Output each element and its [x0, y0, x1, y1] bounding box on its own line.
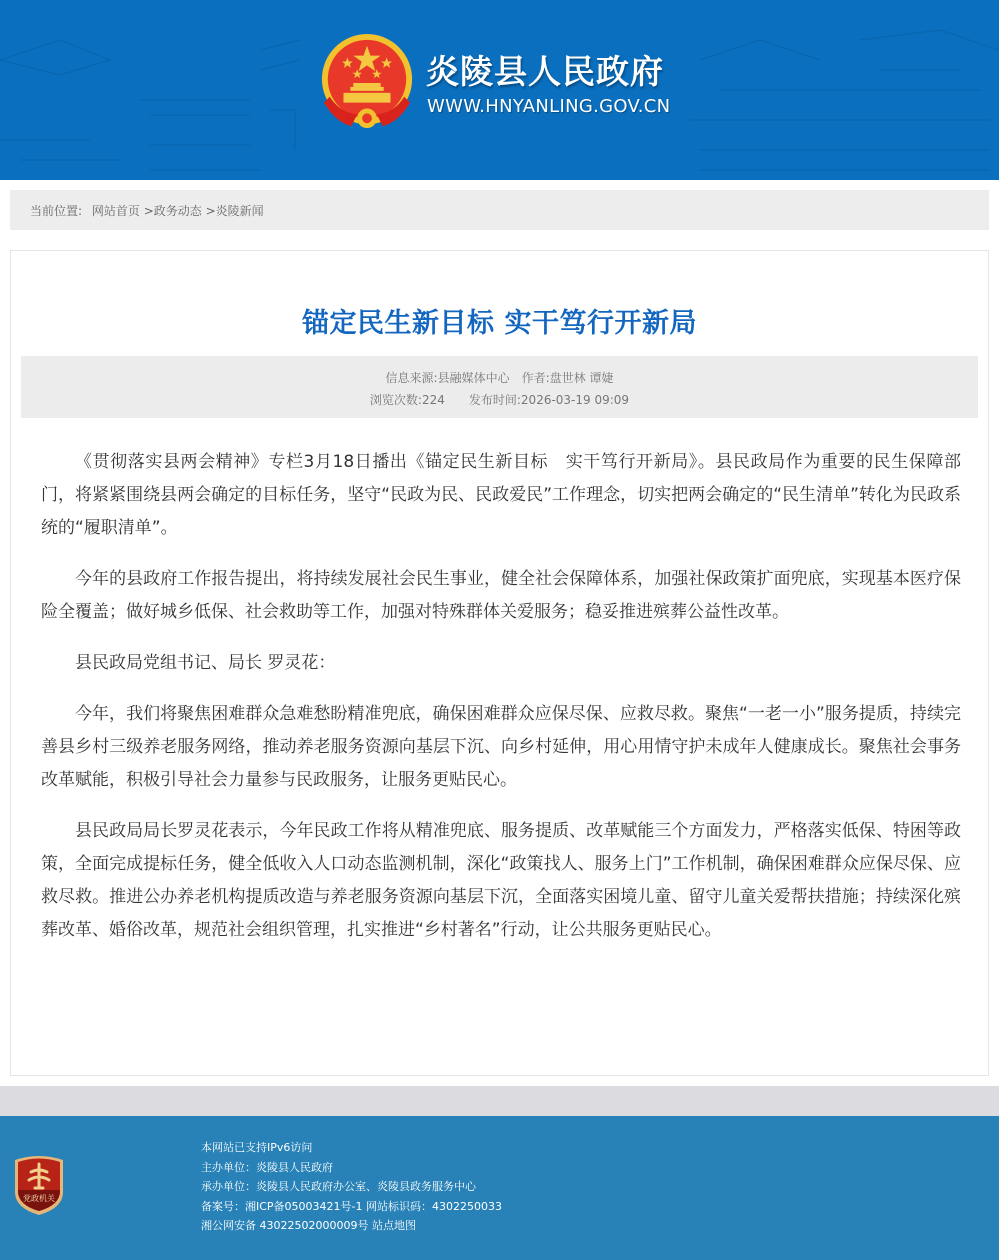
breadcrumb-item-home[interactable]: 网站首页 [92, 204, 140, 218]
footer-divider-strip [0, 1086, 999, 1116]
site-footer: 党政机关 本网站已支持IPv6访问 主办单位：炎陵县人民政府 承办单位：炎陵县人… [0, 1116, 999, 1260]
article-body: 《贯彻落实县两会精神》专栏3月18日播出《锚定民生新目标 实干笃行开新局》。县民… [41, 446, 961, 965]
site-title: 炎陵县人民政府 [426, 46, 664, 93]
police-record-link[interactable]: 湘公网安备 43022502000009号 [201, 1219, 368, 1232]
breadcrumb: 当前位置: 网站首页 >政务动态 >炎陵新闻 [10, 190, 989, 230]
views-label: 浏览次数: [370, 393, 422, 407]
article-title: 锚定民生新目标 实干笃行开新局 [11, 301, 988, 340]
article-paragraph: 县民政局局长罗灵花表示，今年民政工作将从精准兜底、服务提质、改革赋能三个方面发力… [41, 815, 961, 947]
published-label: 发布时间: [469, 393, 521, 407]
icp-row: 备案号：湘ICP备05003421号-1 网站标识码：4302250033 [201, 1197, 502, 1217]
police-row: 湘公网安备 43022502000009号 站点地图 [201, 1216, 502, 1236]
views-count: 224 [422, 393, 445, 407]
breadcrumb-item-government-news[interactable]: >政务动态 [144, 204, 202, 218]
author-value: 盘世林 谭婕 [550, 371, 614, 385]
source-label: 信息来源: [386, 371, 438, 385]
source-value: 县融媒体中心 [438, 371, 510, 385]
published-time: 2026-03-19 09:09 [521, 393, 629, 407]
national-emblem-icon [318, 32, 416, 136]
icp-link[interactable]: 备案号：湘ICP备05003421号-1 [201, 1200, 363, 1213]
organizer-unit: 承办单位：炎陵县人民政府办公室、炎陵县政务服务中心 [201, 1177, 502, 1197]
article-paragraph: 县民政局党组书记、局长 罗灵花： [41, 647, 961, 680]
author-label: 作者: [522, 371, 550, 385]
breadcrumb-item-yanling-news[interactable]: >炎陵新闻 [206, 204, 264, 218]
sitemap-link[interactable]: 站点地图 [372, 1219, 416, 1232]
site-id: 网站标识码：4302250033 [366, 1200, 502, 1213]
site-header: 炎陵县人民政府 WWW.HNYANLING.GOV.CN [0, 0, 999, 180]
ipv6-notice: 本网站已支持IPv6访问 [201, 1138, 502, 1158]
sponsor-unit: 主办单位：炎陵县人民政府 [201, 1158, 502, 1178]
article-paragraph: 今年，我们将聚焦困难群众急难愁盼精准兜底，确保困难群众应保尽保、应救尽救。聚焦“… [41, 698, 961, 797]
breadcrumb-label: 当前位置: [30, 204, 82, 218]
article-meta: 信息来源:县融媒体中心作者:盘世林 谭婕 浏览次数:224发布时间:2026-0… [21, 356, 978, 418]
site-logo[interactable]: 炎陵县人民政府 WWW.HNYANLING.GOV.CN [318, 32, 678, 142]
badge-label: 党政机关 [23, 1193, 55, 1203]
article-paragraph: 今年的县政府工作报告提出，将持续发展社会民生事业，健全社会保障体系，加强社保政策… [41, 563, 961, 629]
footer-info: 本网站已支持IPv6访问 主办单位：炎陵县人民政府 承办单位：炎陵县人民政府办公… [201, 1138, 502, 1236]
party-government-badge-icon[interactable]: 党政机关 [13, 1154, 65, 1216]
site-url: WWW.HNYANLING.GOV.CN [427, 96, 670, 117]
article-card: 锚定民生新目标 实干笃行开新局 信息来源:县融媒体中心作者:盘世林 谭婕 浏览次… [10, 250, 989, 1076]
article-paragraph: 《贯彻落实县两会精神》专栏3月18日播出《锚定民生新目标 实干笃行开新局》。县民… [41, 446, 961, 545]
